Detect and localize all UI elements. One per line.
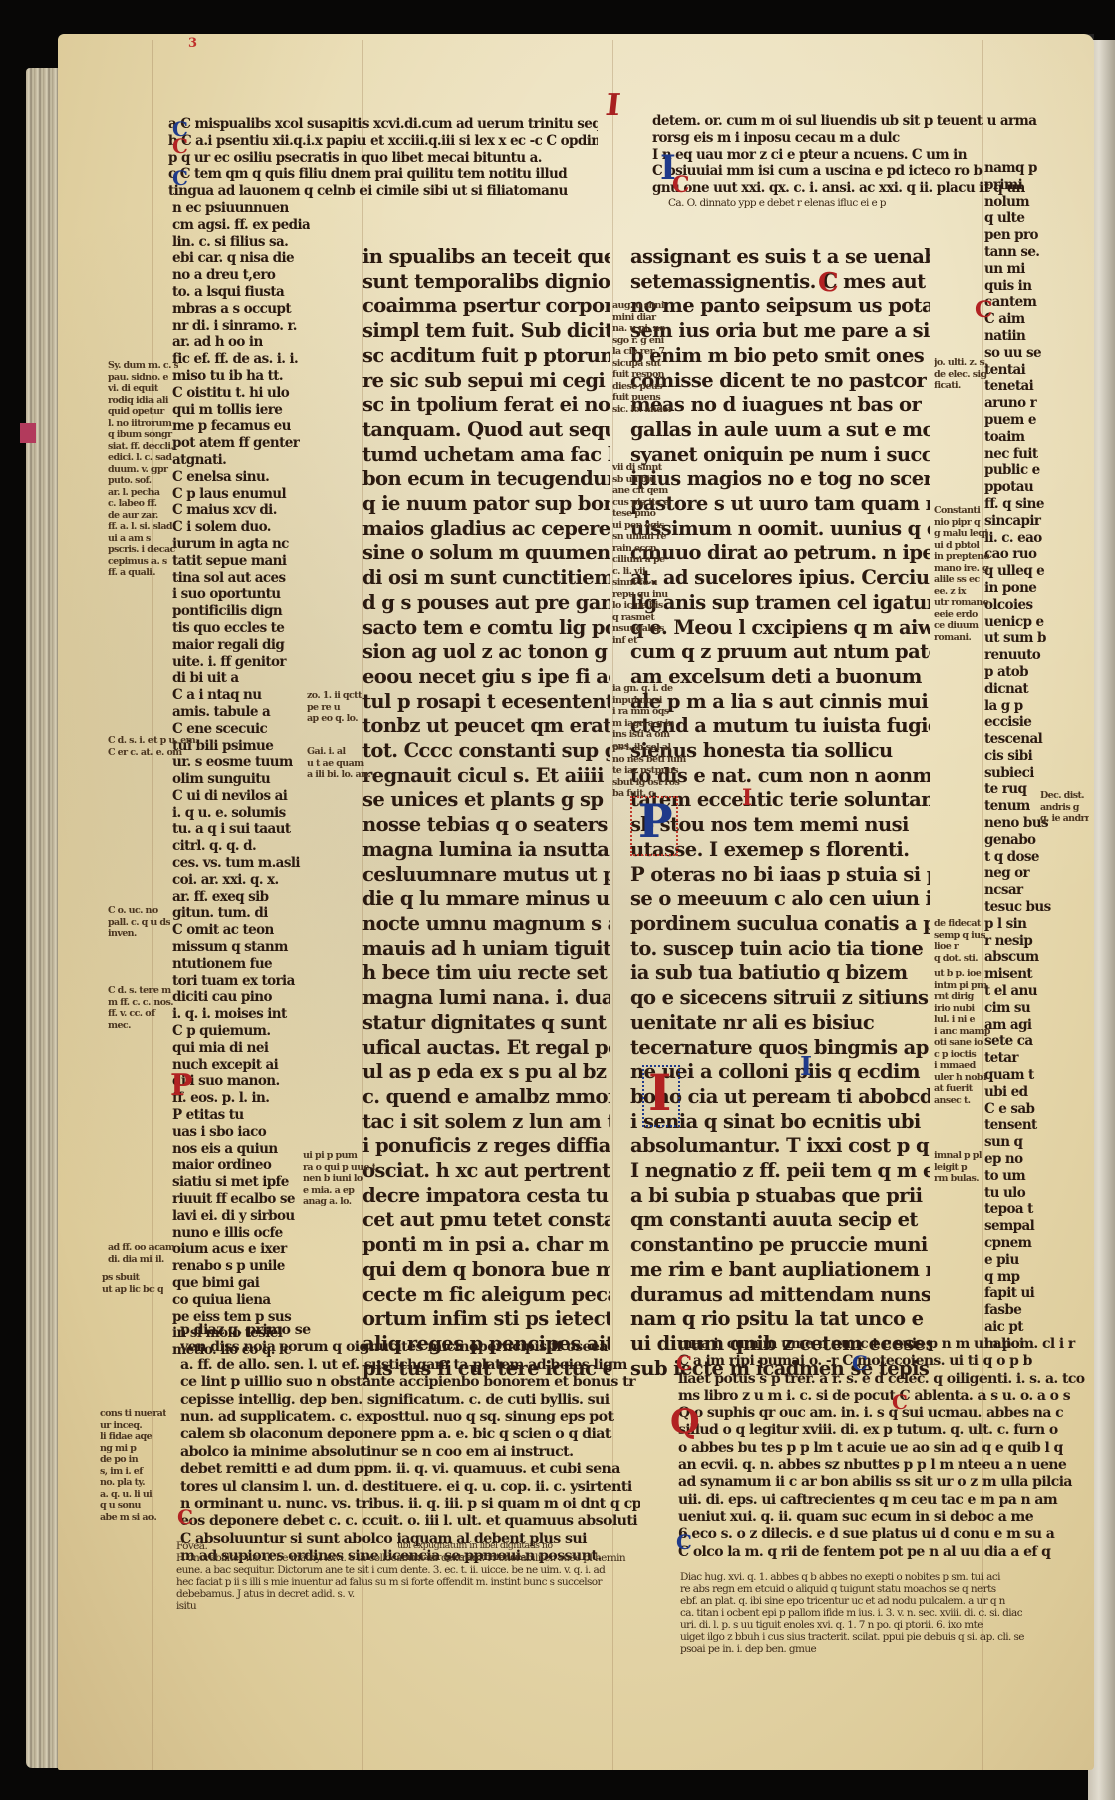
initial-C-red: C [818, 268, 839, 298]
text-line: ar. ad h oo in [172, 334, 310, 351]
text-line: regnauit cicul s. Et aiiii pes. [362, 764, 610, 789]
text-line: syanet oniquin pe num i succor [630, 443, 930, 468]
text-line: se o meeuum c alo cen uiun ig [630, 887, 930, 912]
text-line: siatiu si met ipfe [172, 1174, 310, 1191]
text-line: magna lumi nana. i. duasm [362, 986, 610, 1011]
text-line: uri. di. l. p. s uu tiguit enoles xvi. q… [680, 1619, 1040, 1631]
text-line: olim sunguitu [172, 771, 310, 788]
text-line: C p quiemum. [172, 1023, 310, 1040]
text-line: ubi expugnatum in libel dignitatis no [397, 1540, 637, 1552]
gloss-top-block: a C mispualibs xcol susapitis xcvi.di.cu… [168, 116, 598, 200]
marginal-note: ui pi p pumra o qui p uue tnen b iuni lo… [303, 1150, 375, 1208]
text-line: ff. eos. p. l. in. [172, 1090, 310, 1107]
text-line: nec fuit [984, 446, 1064, 463]
marginal-note-line: q ibum songr [108, 429, 178, 441]
marginal-note-line: ff. a. l. si. slad [108, 521, 178, 533]
text-line: C oistitu t. hi ulo [172, 385, 310, 402]
text-line: ar. ff. exeq sib [172, 889, 310, 906]
text-line: que bimi gai [172, 1275, 310, 1292]
text-line: C i solem duo. [172, 519, 310, 536]
text-line: die q lu mmare minus ut pe cet [362, 887, 610, 912]
text-line: ebi car. q nisa die [172, 250, 310, 267]
text-line: absolumantur. T ixxi cost p q. [630, 1134, 930, 1159]
text-line: tores ul clansim l. un. d. destituere. e… [180, 1479, 640, 1496]
initial-C-blue: C [172, 166, 188, 190]
marginal-note-line: inpul no si [612, 695, 674, 707]
text-line: renabo s p unile [172, 1258, 310, 1275]
marginal-note-line: q dot. sti. [934, 953, 985, 965]
marginal-note-line: ui pi p pum [303, 1150, 375, 1162]
text-line: q ulleq e [984, 563, 1064, 580]
marginal-note-line: uler h nobi [934, 1072, 990, 1084]
text-line: quam t [984, 1067, 1064, 1084]
text-line: public e [984, 462, 1064, 479]
text-line: ven diss noia eorum q oignucites micinop… [180, 1339, 640, 1356]
marginal-note-line: m iagn a g in [612, 718, 674, 730]
marginal-note-line: pscris. i decac [108, 544, 178, 556]
text-line: C aim [984, 311, 1064, 328]
text-line: at. ad sucelores ipius. Cercium q [630, 566, 930, 591]
text-line: no me panto seipsum us potan [630, 294, 930, 319]
text-line: sion ag uol z ac tonon g ie [362, 640, 610, 665]
marginal-note-line: sb u i biu [612, 474, 669, 486]
marginal-note-line: ut ap lic bc q [102, 1284, 163, 1296]
marginal-note-line: in prepteno [934, 551, 989, 563]
text-line: miso tu ib ha tt. [172, 368, 310, 385]
marginal-note-line: at fuerit [934, 1083, 990, 1095]
text-line: cm agsi. ff. ex pedia [172, 217, 310, 234]
text-line: eos deponere debet c. c. ccuit. o. iii l… [180, 1513, 640, 1530]
marginal-note-line: rm bulas. [934, 1173, 982, 1185]
text-line: tot. Cccc constanti sup gent [362, 739, 610, 764]
marginal-note-line: ar. l. pecha [108, 487, 178, 499]
text-line: q ulte [984, 210, 1064, 227]
text-line: ubi ed [984, 1084, 1064, 1101]
text-line: e piu [984, 1252, 1064, 1269]
text-line: C e sab [984, 1101, 1064, 1118]
gloss-left-column: n ec psiuunnuencm agsi. ff. ex pedialin.… [172, 200, 310, 1359]
marginal-note-line: rain eccn [612, 543, 669, 555]
text-line: qui m tollis iere [172, 402, 310, 419]
text-line: sempal [984, 1218, 1064, 1235]
marginal-note-line: anag a. lo. [303, 1196, 375, 1208]
text-line: maior ordineo [172, 1157, 310, 1174]
text-line: hec faciat p ii s illi s mie inuentur ad… [176, 1576, 646, 1588]
text-line: p l sin [984, 916, 1064, 933]
initial-C-red: C [172, 134, 188, 158]
text-line: I negnatio z ff. peii tem q m ecci [630, 1159, 930, 1184]
marginal-note-line: alile ss ec [934, 574, 989, 586]
marginal-note-line: inven. [108, 928, 170, 940]
text-line: abolco ia minime absolutinur se n coo em… [180, 1444, 640, 1461]
text-line: debet remitti e ad dum ppm. ii. q. vi. q… [180, 1461, 640, 1478]
page-tab-marker [20, 423, 36, 443]
text-line: C maius xcv di. [172, 502, 310, 519]
text-line: puem e [984, 412, 1064, 429]
text-line: cim su [984, 1000, 1064, 1017]
marginal-note-line: repu qu inu [612, 589, 669, 601]
text-line: re abs regn em etcuid o aliquid q tuigun… [680, 1583, 1040, 1595]
text-line: tonbz ut peucet qm eratiana [362, 714, 610, 739]
text-line: i. q u. e. solumis [172, 805, 310, 822]
text-line: nam q rio psitu la tat unco e p [630, 1307, 930, 1332]
text-line: fic ef. ff. de as. i. i. [172, 351, 310, 368]
text-line: ff. q sine [984, 496, 1064, 513]
text-line: uenicp e [984, 614, 1064, 631]
text-line: cepisse intellig. dep ben. significatum.… [180, 1392, 640, 1409]
text-line: tu. a q i sui taaut [172, 821, 310, 838]
marginal-note-line: sicupa sut [612, 358, 672, 370]
text-line: genabo [984, 832, 1064, 849]
marginal-note-line: q u sonu [100, 1500, 166, 1512]
text-line: in spualibs an teceit quetanto [362, 245, 610, 270]
text-line: uas i sbo iaco [172, 1124, 310, 1141]
text-line: sc acditum fuit p ptorum ne cpu [362, 344, 610, 369]
text-line: ppotau [984, 479, 1064, 496]
text-line: aic pt [984, 1319, 1064, 1336]
marginal-note-line: irio nubi [934, 1003, 990, 1015]
text-line: c C tem qm q quis filiu dnem prai quilit… [168, 166, 598, 183]
text-line: lin. c. si filius sa. [172, 234, 310, 251]
text-line: aruno r [984, 395, 1064, 412]
text-line: cao ruo [984, 546, 1064, 563]
initial-I-red: I [742, 785, 752, 811]
text-line: in pone [984, 580, 1064, 597]
marginal-note-line: te iaz pstpnus [612, 765, 686, 777]
text-line: h bece tim uiu recte set ecus duo [362, 961, 610, 986]
marginal-note-line: sinnt fo u [612, 577, 669, 589]
text-line: di i suo manon. [172, 1073, 310, 1090]
text-line: maa i. cum m ume n nunc t e suis p n m u… [678, 1336, 1098, 1353]
text-line: tescenal [984, 731, 1064, 748]
text-line: C p laus enumul [172, 486, 310, 503]
text-line: citrl. q. q. d. [172, 838, 310, 855]
text-line: cet aut pmu tetet constanto [362, 1208, 610, 1233]
text-line: ceminatur ques auctoritatione [397, 1552, 637, 1564]
gloss-bottom-left-block: p diaz q. primo seven diss noia eorum q … [180, 1322, 640, 1566]
marginal-note-line: C d. s. tere m [108, 985, 173, 997]
marginal-note-line: u t ae quam [307, 758, 370, 770]
text-line: tesuc bus [984, 899, 1064, 916]
text-line: n orminant u. nunc. vs. tribus. ii. q. i… [180, 1496, 640, 1513]
text-line: c. quend e amalbz mmorui s [362, 1085, 610, 1110]
marginal-note: jo. ulti. z. s.de elec. sigficati. [934, 357, 987, 392]
marginal-note-line: ansec t. [934, 1095, 990, 1107]
text-line: sillud o q legitur xviii. di. ex p tutum… [678, 1422, 1098, 1439]
text-line: rorsg eis m i inposu cecau m a dulc [652, 130, 1042, 147]
text-line: am excelsum deti a buonum [630, 665, 930, 690]
text-line: li. c. eao [984, 530, 1064, 547]
bottom-note-center: ubi expugnatum in libel dignitatis nocem… [397, 1540, 637, 1564]
text-line: tann se. [984, 244, 1064, 261]
marginal-note-line: ia gn. q. i. de [612, 683, 674, 695]
marginal-note-line: ps sbuit [102, 1272, 163, 1284]
text-line: neg or [984, 865, 1064, 882]
text-line: P etitas tu [172, 1107, 310, 1124]
marginal-note-line: andris g [1040, 802, 1089, 814]
marginal-note-line: tese pmo [612, 508, 669, 520]
text-line: eccisie [984, 714, 1064, 731]
text-line: coaimma psertur corpori non [362, 294, 610, 319]
text-line: nos eis a quiun [172, 1141, 310, 1158]
text-line: debebamus. J atus in decret adid. s. v. [176, 1588, 646, 1600]
marginal-note-line: utr romane [934, 597, 989, 609]
text-line: gallas in aule uum a sut e mon [630, 418, 930, 443]
text-line: pot atem ff genter [172, 435, 310, 452]
text-line: riuuit ff ecalbo se [172, 1191, 310, 1208]
text-line: ad synamum ii c ar bon abilis ss sit ur … [678, 1474, 1098, 1491]
marginal-note-line: pau. sidno. e [108, 372, 178, 384]
text-line: ia sub tua batiutio q bizem [630, 961, 930, 986]
text-line: tul p rosapi t ecesentent esae [362, 690, 610, 715]
text-line: setemassignentis. C mes aut si [630, 270, 930, 295]
text-line: i. q. i. moises int [172, 1006, 310, 1023]
text-line: di osi m sunt cunctitiem eo m [362, 566, 610, 591]
marginal-note-line: ce diuum [934, 620, 989, 632]
marginal-note-line: s, im i. ef [100, 1466, 166, 1478]
text-line: uissimum n oomit. uunius q ot [630, 517, 930, 542]
text-line: p q ur ec osiliu psecratis in quo libet … [168, 150, 598, 167]
initial-C-blue: C [676, 1530, 692, 1554]
marginal-note-line: ad ff. oo acam [108, 1242, 174, 1254]
text-line: dicnat [984, 681, 1064, 698]
text-line: sem ius oria but me pare a si no [630, 319, 930, 344]
text-line: p atob [984, 664, 1064, 681]
text-line: natiin [984, 328, 1064, 345]
text-line: a bi subia p stuabas que prii [630, 1184, 930, 1209]
marginal-note-line: mano ire. g [934, 563, 989, 575]
marginal-note-line: la cie rer. 7 [612, 346, 672, 358]
marginal-note-line: vi. di equit [108, 383, 178, 395]
text-line: simpl tem fuit. Sub dicit ocote [362, 319, 610, 344]
text-line: nosse tebias q o seaters s duo [362, 813, 610, 838]
text-line: Q o suphis qr ouc am. in. i. s q sui ucm… [678, 1405, 1098, 1422]
marginal-note: vii di sinntsb u i biuane cit qemcus pia… [612, 462, 669, 646]
text-line: nolum [984, 194, 1064, 211]
initial-Q-red: Q [670, 1402, 700, 1442]
illuminated-initial-frame: P [630, 796, 678, 856]
marginal-note-line: sn unian re [612, 531, 669, 543]
bottom-note-right: Diac hug. xvi. q. 1. abbes q b abbes no … [680, 1571, 1040, 1655]
marginal-note-line: sic. lo. ander [612, 404, 672, 416]
marginal-note-line: lul. i ni e [934, 1014, 990, 1026]
text-line: la g p [984, 698, 1064, 715]
text-line: subieci [984, 765, 1064, 782]
text-line: quis in [984, 278, 1064, 295]
text-line: osciat. h xc aut pertrent aut [362, 1159, 610, 1184]
text-line: eune. a bac sequitur. Dictorum ane te si… [176, 1564, 646, 1576]
marginal-note-line: no nes beti ium [612, 754, 686, 766]
text-line: decre impatora cesta tu no b [362, 1184, 610, 1209]
text-line: b C a.i psentiu xii.q.i.x papiu et xccii… [168, 133, 598, 150]
initial-P-red: P [170, 1068, 193, 1103]
text-line: cantem [984, 294, 1064, 311]
text-line: ms libro z u m i. c. si de pocut C ablen… [678, 1388, 1098, 1405]
text-line: tori tuam ex toria [172, 973, 310, 990]
text-line: q mp [984, 1269, 1064, 1286]
text-line: abscum [984, 949, 1064, 966]
marginal-note-line: aug. o sbni [612, 300, 672, 312]
text-line: assignant es suis t a se uenabile [630, 245, 930, 270]
marginal-note-line: quid opetur [108, 406, 178, 418]
text-line: un mi [984, 261, 1064, 278]
text-line: q ie nuum pator sup bones eti [362, 492, 610, 517]
text-line: mauis ad h uniam tiguiture [362, 937, 610, 962]
marginal-note: imnal p plleigit prm bulas. [934, 1150, 982, 1185]
marginal-note-line: c p ioctis [934, 1049, 990, 1061]
text-line: me rim e bant aupliationem no [630, 1258, 930, 1283]
marginal-note-line: c. labeo ff. [108, 498, 178, 510]
marginal-note-line: C o. uc. no [108, 905, 170, 917]
marginal-note-line: ur inceq. [100, 1420, 166, 1432]
initial-I-blue: I [800, 1052, 812, 1082]
marginal-note: ut b p. ioeintm pi pmrnt dirigirio nubil… [934, 968, 990, 1106]
text-line: Diac hug. xvi. q. 1. abbes q b abbes no … [680, 1571, 1040, 1583]
marginal-note-line: leigit p [934, 1162, 982, 1174]
marginal-note: Sy. dum m. c. spau. sidno. evi. di equit… [108, 360, 178, 579]
text-line: no a dreu t,ero [172, 267, 310, 284]
marginal-note-line: jo. ulti. z. s. [934, 357, 987, 369]
marginal-note: aug. o sbnimini diarna. u pi. nosgo r. g… [612, 300, 672, 415]
text-line: cecte m fic aleigum pecaum fi [362, 1283, 610, 1308]
initial-C-red: C [672, 172, 690, 198]
text-line: t el anu [984, 983, 1064, 1000]
illuminated-initial-I: I [648, 1063, 671, 1122]
page-stack-edge [26, 68, 62, 1768]
text-line: sacto tem e comtu lig poci q ptc [362, 616, 610, 641]
folio-mark: 3 [188, 36, 197, 51]
text-line: tensent [984, 1117, 1064, 1134]
text-line: sine o solum m quumentes gla [362, 541, 610, 566]
text-line: atgnati. [172, 452, 310, 469]
marginal-note-line: cilium a pe [612, 554, 669, 566]
marginal-note: Gai. i. alu t ae quama ili bi. lo. an. [307, 746, 370, 781]
text-line: P oteras no bi iaas p stuia si p. [630, 863, 930, 888]
text-line: sc in tpolium ferat ei nos sic [362, 393, 610, 418]
text-line: uiget ilgo z bbuh i cus sius tracterit. … [680, 1631, 1040, 1643]
marginal-note-line: ins isti a om [612, 729, 674, 741]
text-line: constantino pe pruccie muni [630, 1233, 930, 1258]
text-line: p diaz q. primo se [180, 1322, 640, 1339]
text-line: fapit ui [984, 1285, 1064, 1302]
gloss-right-column: namq ppriminolumq ultepen protann se.un … [984, 160, 1064, 1353]
marginal-note-line: cepimus a. s [108, 556, 178, 568]
marginal-note-line: imnal p pl [934, 1150, 982, 1162]
text-line: isitu [176, 1600, 646, 1612]
marginal-note-line: li fidae aqe [100, 1431, 166, 1443]
text-line: tingua ad lauonem q celnb ei cimile sibi… [168, 183, 598, 200]
marginal-note-line: mini diar [612, 312, 672, 324]
marginal-note-line: nsuugal qs [612, 623, 669, 635]
text-line: maios gladius ac ceperent potat q [362, 517, 610, 542]
marginal-note: C d. s. i. et p u. em.C er c. at. e. om [108, 735, 198, 758]
initial-C-red: C [177, 1505, 193, 1529]
marginal-note-line: ra o qui p uue t [303, 1162, 375, 1174]
marginal-note-line: nen b iuni lo [303, 1173, 375, 1185]
text-line: co quiua liena [172, 1292, 310, 1309]
text-line: qo e sicecens sitruii z sitiuns [630, 986, 930, 1011]
text-line: comisse dicent te no pastcor [630, 369, 930, 394]
text-line: C a i ntaq nu [172, 687, 310, 704]
text-line: amis. tabule a [172, 704, 310, 721]
text-line: ponti m in psi a. char m magni [362, 1233, 610, 1258]
marginal-note-line: ui a am s [108, 533, 178, 545]
text-line: se unices et plants g sp itre a [362, 788, 610, 813]
marginal-note: zo. 1. ii qcttpe re uap eo q. lo. [307, 690, 362, 725]
text-line: detem. or. cum m oi sul liuendis ub sit … [652, 113, 1042, 130]
text-line: tatit sepue mani [172, 553, 310, 570]
marginal-note-line: i mmaed [934, 1060, 990, 1072]
marginal-note-line: pe re u [307, 702, 362, 714]
text-line: tetar [984, 1050, 1064, 1067]
marginal-note-line: lioe r [934, 941, 985, 953]
text-line: maior regali dig [172, 637, 310, 654]
marginal-note-line: romani. [934, 632, 989, 644]
text-line: ce lint p uillio suo n obstante accipien… [180, 1374, 640, 1391]
marginal-note-line: ane cit qem [612, 485, 669, 497]
text-line: lavi ei. di y sirbou [172, 1208, 310, 1225]
marginal-note-line: zo. 1. ii qctt [307, 690, 362, 702]
text-line: cesluumnare mutus ut pe s cet [362, 863, 610, 888]
text-line: an ecvii. q. n. abbes sz nbuttes p p l m… [678, 1457, 1098, 1474]
text-line: tanquam. Quod aut sequitur [362, 418, 610, 443]
text-line: ntutionem fue [172, 956, 310, 973]
text-line: qm constanti auuta secip et [630, 1208, 930, 1233]
text-line: nuch excepit ai [172, 1057, 310, 1074]
text-line: diciti cau pino [172, 989, 310, 1006]
marginal-note: C d. s. tere mm ff. c. c. nos.ff. v. cc.… [108, 985, 173, 1031]
marginal-note-line: c. li. vii [612, 566, 669, 578]
text-line: d g s pouses aut pre gantnam [362, 591, 610, 616]
marginal-note-line: eeie erdo [934, 609, 989, 621]
text-line: i suo oportuntu [172, 586, 310, 603]
marginal-note-line: edici. l. c. sad [108, 452, 178, 464]
marginal-note-line: ui d pbtol [934, 540, 989, 552]
initial-C-red: C [892, 1390, 908, 1414]
text-line: toaim [984, 429, 1064, 446]
marginal-note-line: ui pen egis [612, 520, 669, 532]
text-line: to um [984, 1168, 1064, 1185]
text-line: 6 eco s. o z dilecis. e d sue platus ui … [678, 1526, 1098, 1543]
text-line: am agi [984, 1017, 1064, 1034]
text-line: tu ulo [984, 1185, 1064, 1202]
marginal-note: Constantinio pipr qg malu leqiui d pbtol… [934, 505, 989, 643]
marginal-note-line: nio pipr q [934, 517, 989, 529]
text-line: r nesip [984, 933, 1064, 950]
marginal-note-line: a. q. u. li ui [100, 1489, 166, 1501]
marginal-note-line: Sy. dum m. c. s [108, 360, 178, 372]
text-line: tis quo eccles te [172, 620, 310, 637]
text-line: C ui di nevilos ai [172, 788, 310, 805]
marginal-note-line: di. dia mi il. [108, 1254, 174, 1266]
text-line: misent [984, 966, 1064, 983]
text-line: ncsar [984, 882, 1064, 899]
marginal-note-line: ut b p. ioe [934, 968, 990, 980]
text-line: tumd uchetam ama fac lau nd [362, 443, 610, 468]
gloss-bottom-right-block: maa i. cum m ume n nunc t e suis p n m u… [678, 1336, 1098, 1561]
marginal-note-line: ap eo q. lo. [307, 713, 362, 725]
text-line: pontificilis dign [172, 603, 310, 620]
text-line: calem sb olaconum deponere ppm a. e. bic… [180, 1426, 640, 1443]
marginal-note-line: g. ie andrr [1040, 813, 1089, 825]
marginal-note-line: rodiq idia ali [108, 395, 178, 407]
text-line: iurum in agta nc [172, 536, 310, 553]
text-line: ueniut xui. q. ii. quam suc ecum in si d… [678, 1509, 1098, 1526]
text-line: qui dem q bonora bue m benum [362, 1258, 610, 1283]
text-line: tepoa t [984, 1201, 1064, 1218]
marginal-note: ps i. ib sol alno nes beti iumte iaz pst… [612, 742, 686, 800]
text-line: tina sol aut aces [172, 570, 310, 587]
